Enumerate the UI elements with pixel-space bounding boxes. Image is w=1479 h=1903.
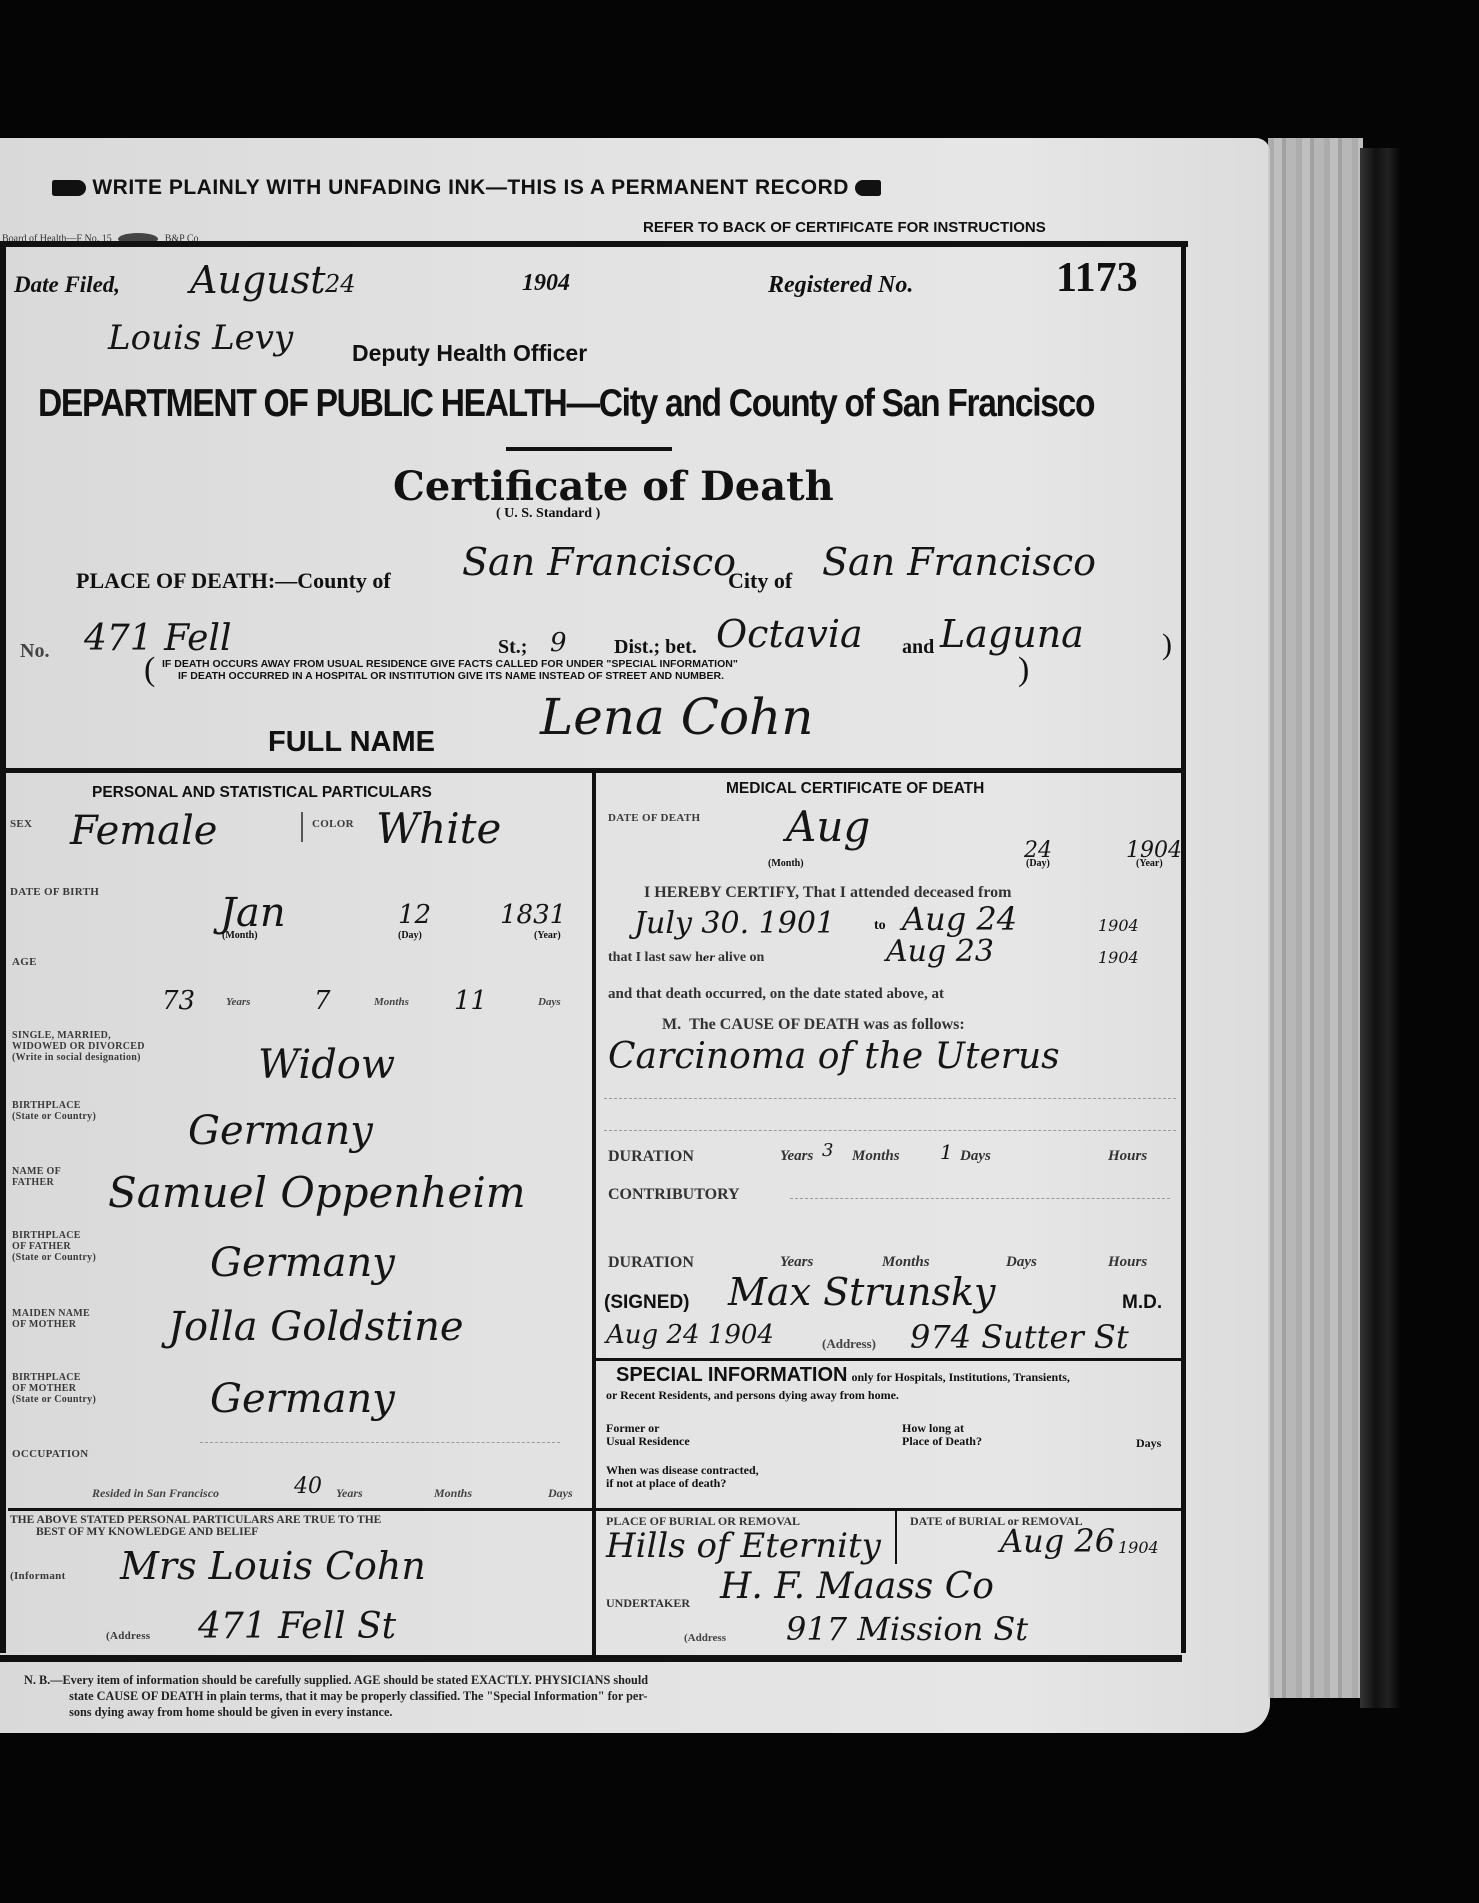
dod-day-label: (Day)	[1026, 858, 1050, 869]
certificate-title: Certificate of Death	[393, 463, 834, 510]
age-days-label: Days	[538, 996, 561, 1008]
duration-days-label: Days	[960, 1148, 991, 1165]
contributory-label: CONTRIBUTORY	[608, 1186, 740, 1204]
former-residence-label: Former or Usual Residence	[606, 1422, 690, 1448]
father-label: NAME OF FATHER	[12, 1166, 61, 1188]
mother-label: MAIDEN NAME OF MOTHER	[12, 1308, 90, 1330]
informant-label: (Informant	[10, 1570, 66, 1582]
duration-label: DURATION	[608, 1148, 694, 1166]
age-months-label: Months	[374, 996, 409, 1008]
last-saw-year: 1904	[1098, 948, 1139, 967]
between-street-2: Laguna	[940, 612, 1084, 656]
father-value: Samuel Oppenheim	[108, 1168, 526, 1217]
pointing-hand-icon	[52, 180, 86, 196]
place-of-death-label: PLACE OF DEATH:—County of	[76, 568, 391, 594]
dob-day-label: (Day)	[398, 930, 422, 941]
full-name-value: Lena Cohn	[540, 688, 813, 746]
officer-title: Deputy Health Officer	[352, 340, 587, 367]
undertaker-address: 917 Mission St	[786, 1610, 1028, 1648]
medical-heading: MEDICAL CERTIFICATE OF DEATH	[726, 780, 984, 798]
informant-address: 471 Fell St	[198, 1606, 396, 1647]
dob-day: 12	[398, 900, 431, 930]
full-name-label: FULL NAME	[268, 726, 435, 759]
footer-note: N. B.—Every item of information should b…	[24, 1672, 648, 1720]
burial-divider	[596, 1508, 1182, 1511]
resided-years: 40	[294, 1474, 322, 1499]
duration2-months-label: Months	[882, 1254, 930, 1271]
district-value: 9	[550, 628, 567, 658]
left-border	[0, 241, 6, 1653]
contracted-label: When was disease contracted, if not at p…	[606, 1464, 759, 1490]
special-divider	[596, 1358, 1182, 1361]
birthplace-value: Germany	[188, 1108, 373, 1154]
color-label: COLOR	[312, 818, 354, 830]
pointing-hand-icon	[855, 180, 881, 196]
signed-date: Aug 24 1904	[606, 1320, 774, 1350]
title-rule	[506, 447, 672, 451]
resided-label: Resided in San Francisco	[92, 1486, 219, 1501]
birthplace-label: BIRTHPLACE (State or Country)	[12, 1100, 96, 1122]
section-divider	[0, 768, 1182, 773]
department-heading: DEPARTMENT OF PUBLIC HEALTH—City and Cou…	[38, 382, 1094, 426]
informant-address-label: (Address	[106, 1630, 150, 1642]
informant-value: Mrs Louis Cohn	[120, 1544, 426, 1588]
sex-label: SEX	[10, 818, 32, 830]
and-label: and	[902, 636, 934, 659]
book-page-edges	[1268, 138, 1363, 1698]
sex-value: Female	[70, 808, 217, 854]
duration2-label: DURATION	[608, 1254, 694, 1272]
paren-open: (	[144, 651, 155, 689]
color-value: White	[376, 804, 501, 853]
street-no-label: No.	[20, 640, 49, 663]
date-filed-day: 24	[325, 270, 356, 298]
resided-days-label: Days	[548, 1486, 573, 1501]
occupation-label: OCCUPATION	[12, 1448, 89, 1460]
dob-label: DATE OF BIRTH	[10, 886, 99, 898]
city-value: San Francisco	[822, 540, 1096, 584]
top-border	[0, 241, 1188, 247]
resided-years-label: Years	[336, 1486, 363, 1501]
dob-year-label: (Year)	[534, 930, 561, 941]
cause-line-2	[604, 1098, 1176, 1099]
dist-between-label: Dist.; bet.	[614, 636, 697, 659]
burial-year: 1904	[1118, 1538, 1159, 1557]
physician-address-label: (Address)	[822, 1336, 876, 1352]
officer-signature: Louis Levy	[108, 318, 293, 358]
certificate-subtitle: ( U. S. Standard )	[496, 506, 600, 522]
to-label: to	[874, 918, 886, 934]
attended-from: July 30. 1901	[634, 906, 835, 941]
physician-signature: Max Strunsky	[728, 1270, 995, 1314]
resided-months-label: Months	[434, 1486, 472, 1501]
date-filed-label: Date Filed,	[14, 272, 120, 298]
last-saw-date: Aug 23	[886, 934, 994, 969]
registered-number: 1173	[1056, 254, 1138, 302]
duration-hours-label: Hours	[1108, 1148, 1147, 1165]
banner: WRITE PLAINLY WITH UNFADING INK—THIS IS …	[52, 176, 881, 200]
dod-month: Aug	[786, 802, 870, 851]
father-birthplace-label: BIRTHPLACE OF FATHER (State or Country)	[12, 1230, 96, 1263]
date-filed-month: August	[190, 258, 326, 302]
personal-heading: PERSONAL AND STATISTICAL PARTICULARS	[92, 784, 432, 802]
age-years: 73	[162, 986, 195, 1016]
attended-to: Aug 24	[902, 900, 1017, 938]
occupation-line	[200, 1442, 560, 1443]
mother-value: Jolla Goldstine	[168, 1304, 464, 1350]
attestation: THE ABOVE STATED PERSONAL PARTICULARS AR…	[10, 1514, 381, 1538]
attended-to-year: 1904	[1098, 916, 1139, 935]
duration-months: 1	[940, 1140, 953, 1164]
age-label: AGE	[12, 956, 37, 968]
special-heading: SPECIAL INFORMATION only for Hospitals, …	[616, 1364, 1070, 1387]
contributory-line	[790, 1198, 1170, 1199]
dob-year: 1831	[500, 900, 566, 930]
duration-years-label: Years	[780, 1148, 813, 1165]
how-long-label: How long at Place of Death?	[902, 1422, 982, 1448]
duration2-years-label: Years	[780, 1254, 813, 1271]
registered-label: Registered No.	[768, 272, 913, 299]
undertaker-address-label: (Address	[684, 1632, 726, 1644]
right-border	[1181, 241, 1186, 1653]
physician-address: 974 Sutter St	[910, 1318, 1129, 1356]
date-filed-year: 1904	[522, 270, 570, 297]
dod-label: DATE OF DEATH	[608, 812, 700, 824]
marital-value: Widow	[258, 1042, 395, 1088]
between-street-1: Octavia	[716, 612, 863, 656]
dod-year-label: (Year)	[1136, 858, 1163, 869]
duration2-days-label: Days	[1006, 1254, 1037, 1271]
duration2-hours-label: Hours	[1108, 1254, 1147, 1271]
place-note: IF DEATH OCCURS AWAY FROM USUAL RESIDENC…	[162, 658, 738, 682]
mother-birthplace-label: BIRTHPLACE OF MOTHER (State or Country)	[12, 1372, 96, 1405]
book-binding-edge	[1360, 148, 1400, 1708]
how-long-days-label: Days	[1136, 1436, 1161, 1451]
occurred-text: and that death occurred, on the date sta…	[608, 986, 944, 1003]
dod-month-label: (Month)	[768, 858, 804, 869]
sex-color-divider	[301, 812, 303, 842]
burial-date: Aug 26	[1000, 1522, 1115, 1560]
last-saw-label: that I last saw her alive on	[608, 950, 764, 966]
father-birthplace-value: Germany	[210, 1240, 395, 1286]
burial-column-divider	[895, 1508, 897, 1564]
column-divider	[592, 773, 596, 1655]
duration-years: 3	[822, 1140, 833, 1161]
undertaker-value: H. F. Maass Co	[720, 1566, 994, 1607]
age-years-label: Years	[226, 996, 250, 1008]
signed-label: (SIGNED)	[604, 1292, 690, 1314]
banner-text: WRITE PLAINLY WITH UNFADING INK—THIS IS …	[92, 176, 849, 199]
undertaker-label: UNDERTAKER	[606, 1596, 690, 1611]
st-label: St.;	[498, 636, 527, 659]
paren-close: )	[1162, 628, 1172, 662]
age-months: 7	[314, 986, 331, 1016]
burial-place: Hills of Eternity	[606, 1526, 881, 1566]
cause-line-3	[604, 1130, 1176, 1131]
city-label: City of	[728, 568, 792, 594]
attest-divider	[8, 1508, 592, 1511]
marital-label: SINGLE, MARRIED, WIDOWED OR DIVORCED (Wr…	[12, 1030, 145, 1063]
street-address: 471 Fell	[84, 618, 232, 659]
bottom-border	[0, 1655, 1182, 1662]
age-days: 11	[454, 986, 487, 1016]
dob-month-label: (Month)	[222, 930, 258, 941]
special-subheading: or Recent Residents, and persons dying a…	[606, 1388, 899, 1403]
county-value: San Francisco	[462, 540, 736, 584]
duration-months-label: Months	[852, 1148, 900, 1165]
refer-note: REFER TO BACK OF CERTIFICATE FOR INSTRUC…	[643, 219, 1046, 236]
cause-value: Carcinoma of the Uterus	[608, 1036, 1060, 1077]
md-label: M.D.	[1122, 1292, 1162, 1314]
mother-birthplace-value: Germany	[210, 1376, 395, 1422]
paren-close-2: )	[1018, 651, 1029, 689]
cause-label: M. The CAUSE OF DEATH was as follows:	[662, 1016, 965, 1034]
